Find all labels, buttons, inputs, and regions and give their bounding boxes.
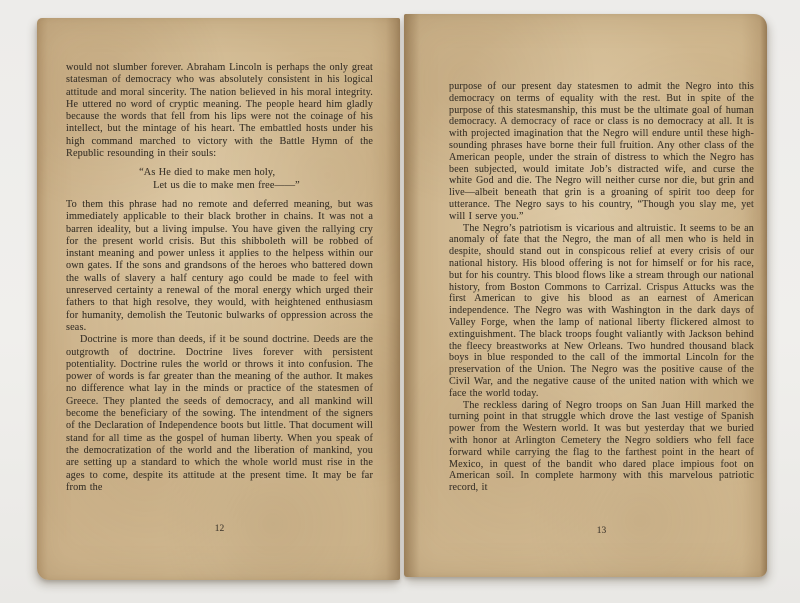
paragraph-lincoln: would not slumber forever. Abraham Linco… — [66, 62, 373, 160]
page-left: would not slumber forever. Abraham Linco… — [37, 18, 400, 580]
paragraph-phrase: To them this phrase had no remote and de… — [66, 199, 373, 334]
verse-line-1: “As He died to make men holy, — [139, 167, 300, 179]
page-right-text-block: purpose of our present day statesmen to … — [449, 81, 754, 494]
verse-line-2: Let us die to make men free——” — [139, 180, 300, 192]
page-number-right: 13 — [449, 526, 754, 536]
paragraph-patriotism: The Negro’s patriotism is vicarious and … — [449, 223, 754, 400]
verse-quote: “As He died to make men holy, Let us die… — [139, 167, 300, 192]
page-number-left: 12 — [66, 524, 373, 534]
page-right: purpose of our present day statesmen to … — [404, 14, 767, 577]
paragraph-purpose: purpose of our present day statesmen to … — [449, 81, 754, 223]
paragraph-doctrine: Doctrine is more than deeds, if it be so… — [66, 334, 373, 494]
page-left-text-block: would not slumber forever. Abraham Linco… — [66, 62, 373, 494]
paragraph-san-juan: The reckless daring of Negro troops on S… — [449, 400, 754, 494]
